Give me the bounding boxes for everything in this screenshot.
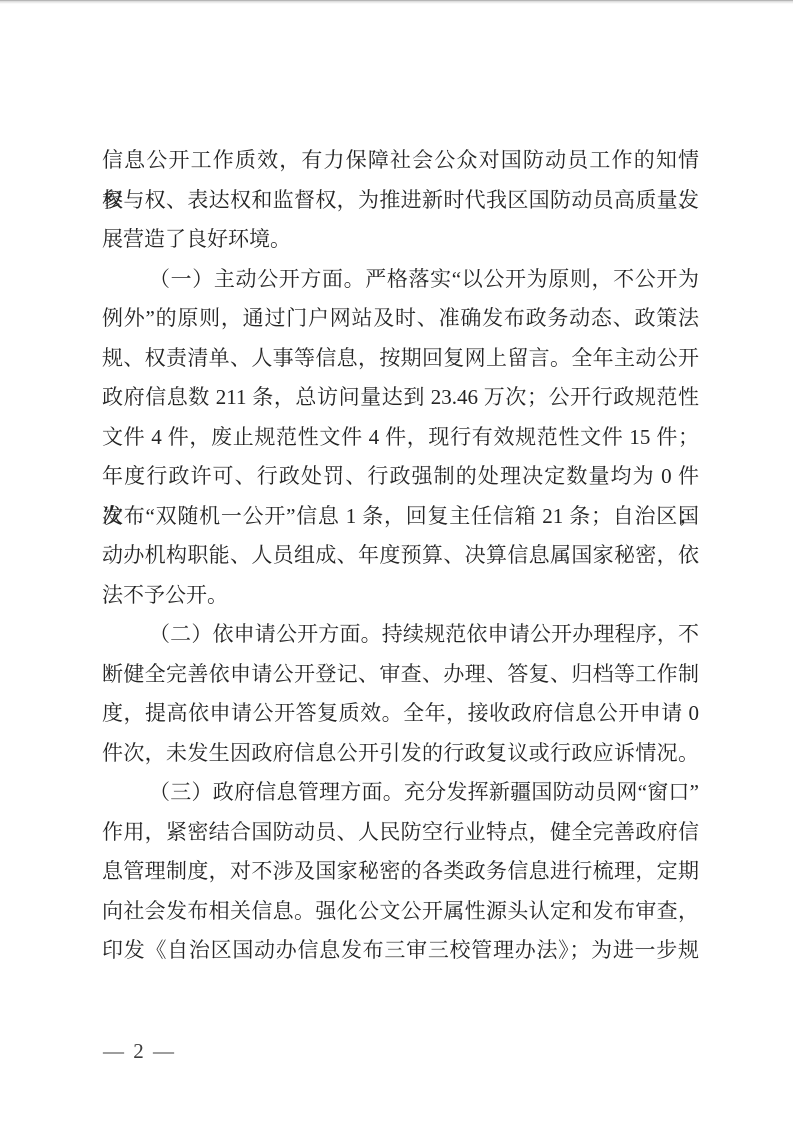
document-page: 信息公开工作质效，有力保障社会公众对国防动员工作的知情权、参与权、表达权和监督权… xyxy=(0,0,793,1122)
text-line: （一）主动公开方面。严格落实“以公开为原则，不公开为 xyxy=(102,260,699,300)
text-line: （三）政府信息管理方面。充分发挥新疆国防动员网“窗口” xyxy=(102,773,699,813)
page-footer: — 2 — xyxy=(103,1039,176,1063)
text-line: 件次，未发生因政府信息公开引发的行政复议或行政应诉情况。 xyxy=(102,734,699,774)
text-line: 印发《自治区国动办信息发布三审三校管理办法》；为进一步规 xyxy=(102,931,699,971)
text-line: 例外”的原则，通过门户网站及时、准确发布政务动态、政策法 xyxy=(102,299,699,339)
text-line: 文件 4 件，废止规范性文件 4 件，现行有效规范性文件 15 件； xyxy=(102,418,699,458)
text-line: 政府信息数 211 条，总访问量达到 23.46 万次；公开行政规范性 xyxy=(102,378,699,418)
text-line: 息管理制度，对不涉及国家秘密的各类政务信息进行梳理，定期 xyxy=(102,852,699,892)
text-line: 发布“双随机一公开”信息 1 条，回复主任信箱 21 条；自治区国 xyxy=(102,497,699,537)
text-line: 作用，紧密结合国防动员、人民防空行业特点，健全完善政府信 xyxy=(102,813,699,853)
text-line: 动办机构职能、人员组成、年度预算、决算信息属国家秘密，依 xyxy=(102,536,699,576)
text-line: （二）依申请公开方面。持续规范依申请公开办理程序，不 xyxy=(102,615,699,655)
paragraph-continuation: 信息公开工作质效，有力保障社会公众对国防动员工作的知情权、参与权、表达权和监督权… xyxy=(102,141,699,260)
paragraph-section-2-disclosure-upon-request: （二）依申请公开方面。持续规范依申请公开办理程序，不断健全完善依申请公开登记、审… xyxy=(102,615,699,773)
document-body: 信息公开工作质效，有力保障社会公众对国防动员工作的知情权、参与权、表达权和监督权… xyxy=(102,141,699,971)
text-line: 法不予公开。 xyxy=(102,576,699,616)
scan-edge-artifact xyxy=(0,0,793,4)
text-line: 年度行政许可、行政处罚、行政强制的处理决定数量均为 0 件次； xyxy=(102,457,699,497)
text-line: 断健全完善依申请公开登记、审查、办理、答复、归档等工作制 xyxy=(102,655,699,695)
text-line: 度，提高依申请公开答复质效。全年，接收政府信息公开申请 0 xyxy=(102,694,699,734)
paragraph-section-3-information-management: （三）政府信息管理方面。充分发挥新疆国防动员网“窗口”作用，紧密结合国防动员、人… xyxy=(102,773,699,971)
text-line: 规、权责清单、人事等信息，按期回复网上留言。全年主动公开 xyxy=(102,339,699,379)
text-line: 展营造了良好环境。 xyxy=(102,220,699,260)
text-line: 向社会发布相关信息。强化公文公开属性源头认定和发布审查， xyxy=(102,892,699,932)
text-line: 参与权、表达权和监督权，为推进新时代我区国防动员高质量发 xyxy=(102,181,699,221)
page-number: — 2 — xyxy=(103,1039,176,1063)
text-line: 信息公开工作质效，有力保障社会公众对国防动员工作的知情权、 xyxy=(102,141,699,181)
paragraph-section-1-active-disclosure: （一）主动公开方面。严格落实“以公开为原则，不公开为例外”的原则，通过门户网站及… xyxy=(102,260,699,616)
